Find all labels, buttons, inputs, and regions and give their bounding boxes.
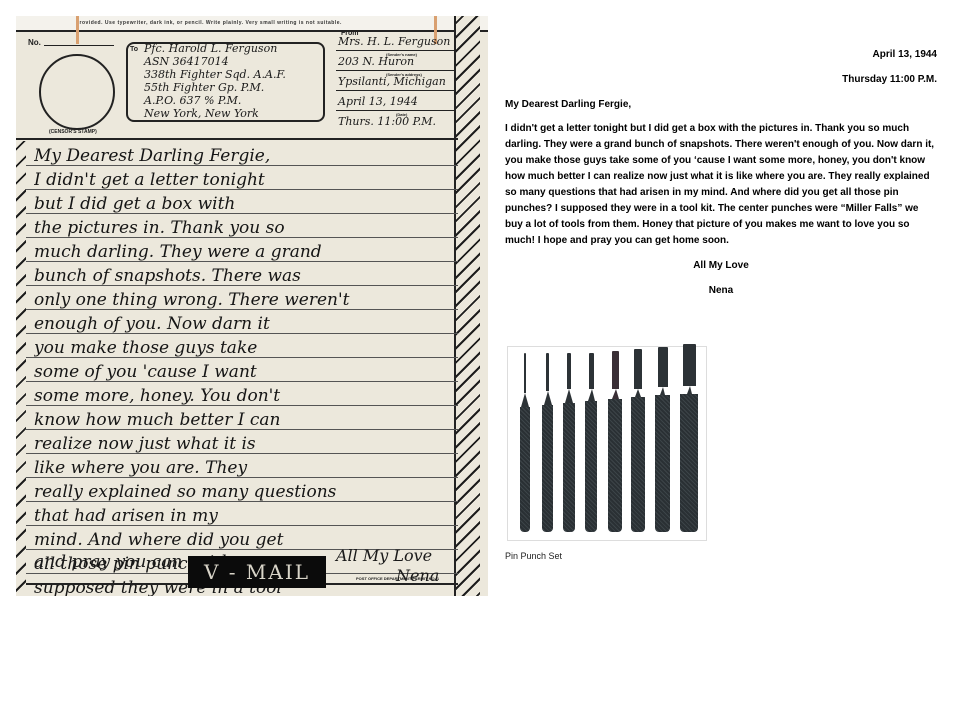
signature: Nena <box>505 283 937 299</box>
sender-line <box>336 70 456 71</box>
handwritten-closing: All My Love <box>336 546 432 565</box>
sender-line <box>336 50 456 51</box>
number-label: No. <box>28 38 41 47</box>
photo-caption: Pin Punch Set <box>505 551 562 561</box>
letter-transcription: April 13, 1944 Thursday 11:00 P.M. My De… <box>505 47 937 308</box>
date-label: (Date) <box>396 112 407 117</box>
pin-punch-icon <box>631 349 645 532</box>
letter-date: April 13, 1944 <box>505 47 937 63</box>
sender-name-label: (Sender's name) <box>386 52 417 57</box>
pin-punch-icon <box>542 353 553 532</box>
closing: All My Love <box>505 258 937 274</box>
permit-text: POST OFFICE DEPARTMENT PERMIT NO. 1 <box>356 576 439 581</box>
pin-punch-icon <box>608 351 622 532</box>
recipient-address: Pfc. Harold L. Ferguson ASN 36417014 338… <box>144 42 286 120</box>
instructions-strip: provided. Use typewriter, dark ink, or p… <box>16 16 488 30</box>
censor-stamp-circle <box>39 54 115 130</box>
letter-time: Thursday 11:00 P.M. <box>505 72 937 88</box>
staple-mark <box>76 16 79 44</box>
handwritten-body: My Dearest Darling Fergie, I didn't get … <box>34 144 454 596</box>
pin-punch-photo <box>507 346 707 541</box>
sender-address-label: (Sender's address) <box>386 72 422 77</box>
sender-address: Mrs. H. L. Ferguson 203 N. Huron Ypsilan… <box>338 32 450 132</box>
pin-punch-icon <box>680 344 698 532</box>
vmail-label: V - MAIL <box>188 556 326 588</box>
salutation: My Dearest Darling Fergie, <box>505 97 937 113</box>
header-divider <box>16 138 458 140</box>
to-label: To <box>130 46 138 53</box>
hatched-border-left <box>16 141 26 596</box>
vmail-letter-scan: provided. Use typewriter, dark ink, or p… <box>16 16 488 596</box>
sender-line <box>336 90 456 91</box>
letter-body: I didn't get a letter tonight but I did … <box>505 121 937 249</box>
censor-stamp-label: (CENSOR'S STAMP) <box>49 129 97 135</box>
number-line <box>44 45 114 46</box>
sender-line <box>336 110 456 111</box>
pin-punch-icon <box>585 353 597 532</box>
pin-punch-icon <box>520 353 530 532</box>
pin-punch-icon <box>655 347 670 532</box>
pin-punch-icon <box>563 353 575 532</box>
